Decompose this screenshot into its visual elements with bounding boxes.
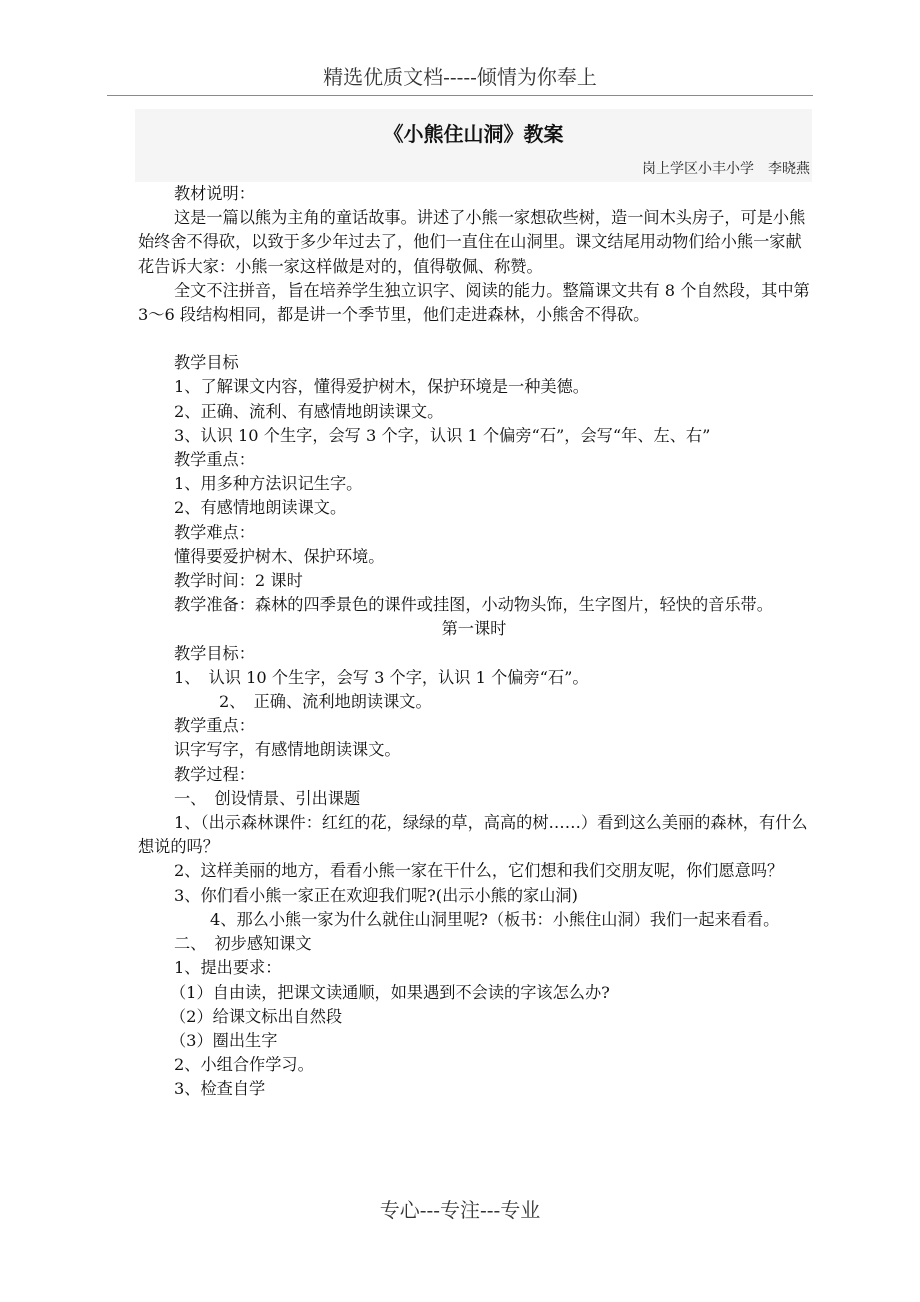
lesson-1-key-heading: 教学重点： — [138, 714, 810, 738]
section-1-item: 4、那么小熊一家为什么就住山洞里呢?（板书：小熊住山洞）我们一起来看看。 — [138, 908, 810, 932]
page-header: 精选优质文档-----倾情为你奉上 — [107, 62, 813, 96]
lesson-1-goals-heading: 教学目标： — [138, 642, 810, 666]
goal-item: 2、正确、流利、有感情地朗读课文。 — [138, 400, 810, 424]
goal-item: 1、了解课文内容，懂得爱护树木，保护环境是一种美德。 — [138, 375, 810, 399]
header-text: 精选优质文档-----倾情为你奉上 — [323, 65, 597, 89]
spacer — [138, 327, 810, 351]
key-point-item: 1、用多种方法识记生字。 — [138, 472, 810, 496]
requirement-item: （1）自由读，把课文读通顺，如果遇到不会读的字该怎么办? — [138, 981, 810, 1005]
lesson-1-goal-2: 2、 正确、流利地朗读课文。 — [138, 690, 810, 714]
footer-text: 专心---专注---专业 — [380, 1198, 541, 1222]
teaching-time: 教学时间：2 课时 — [138, 569, 810, 593]
title-block: 《小熊住山洞》教案 岗上学区小丰小学 李晓燕 — [135, 109, 812, 182]
key-point-item: 2、有感情地朗读课文。 — [138, 496, 810, 520]
material-heading: 教材说明： — [138, 182, 810, 206]
key-points-heading: 教学重点： — [138, 448, 810, 472]
section-1-item: 1、（出示森林课件：红红的花，绿绿的草，高高的树……）看到这么美丽的森林，有什么… — [138, 811, 810, 859]
goal-item: 3、认识 10 个生字，会写 3 个字，认识 1 个偏旁“石”，会写“年、左、右… — [138, 424, 810, 448]
page-footer: 专心---专注---专业 — [0, 1196, 920, 1224]
teaching-preparation: 教学准备：森林的四季景色的课件或挂图，小动物头饰，生字图片，轻快的音乐带。 — [138, 593, 810, 617]
section-2-heading: 二、 初步感知课文 — [138, 932, 810, 956]
process-heading: 教学过程： — [138, 763, 810, 787]
document-title: 《小熊住山洞》教案 — [135, 121, 812, 147]
section-1-item: 2、这样美丽的地方，看看小熊一家在干什么，它们想和我们交朋友呢，你们愿意吗？ — [138, 859, 810, 883]
section-1-item: 3、你们看小熊一家正在欢迎我们呢?(出示小熊的家山洞) — [138, 884, 810, 908]
goals-heading: 教学目标 — [138, 351, 810, 375]
document-author: 岗上学区小丰小学 李晓燕 — [642, 159, 810, 179]
lesson-1-heading: 第一课时 — [138, 617, 810, 641]
material-paragraph-1: 这是一篇以熊为主角的童话故事。讲述了小熊一家想砍些树，造一间木头房子，可是小熊始… — [138, 206, 810, 279]
material-paragraph-2: 全文不注拼音，旨在培养学生独立识字、阅读的能力。整篇课文共有 8 个自然段，其中… — [138, 279, 810, 327]
section-1-heading: 一、 创设情景、引出课题 — [138, 787, 810, 811]
document-body: 教材说明： 这是一篇以熊为主角的童话故事。讲述了小熊一家想砍些树，造一间木头房子… — [138, 182, 810, 1102]
lesson-1-key: 识字写字，有感情地朗读课文。 — [138, 738, 810, 762]
section-2-item: 2、小组合作学习。 — [138, 1053, 810, 1077]
section-2-item: 3、检查自学 — [138, 1077, 810, 1101]
lesson-1-goal-1: 1、 认识 10 个生字，会写 3 个字，认识 1 个偏旁“石”。 — [138, 666, 810, 690]
difficulty-text: 懂得要爱护树木、保护环境。 — [138, 545, 810, 569]
difficulty-heading: 教学难点： — [138, 521, 810, 545]
requirements-heading: 1、提出要求： — [138, 956, 810, 980]
requirement-item: （3）圈出生字 — [138, 1029, 810, 1053]
requirement-item: （2）给课文标出自然段 — [138, 1005, 810, 1029]
